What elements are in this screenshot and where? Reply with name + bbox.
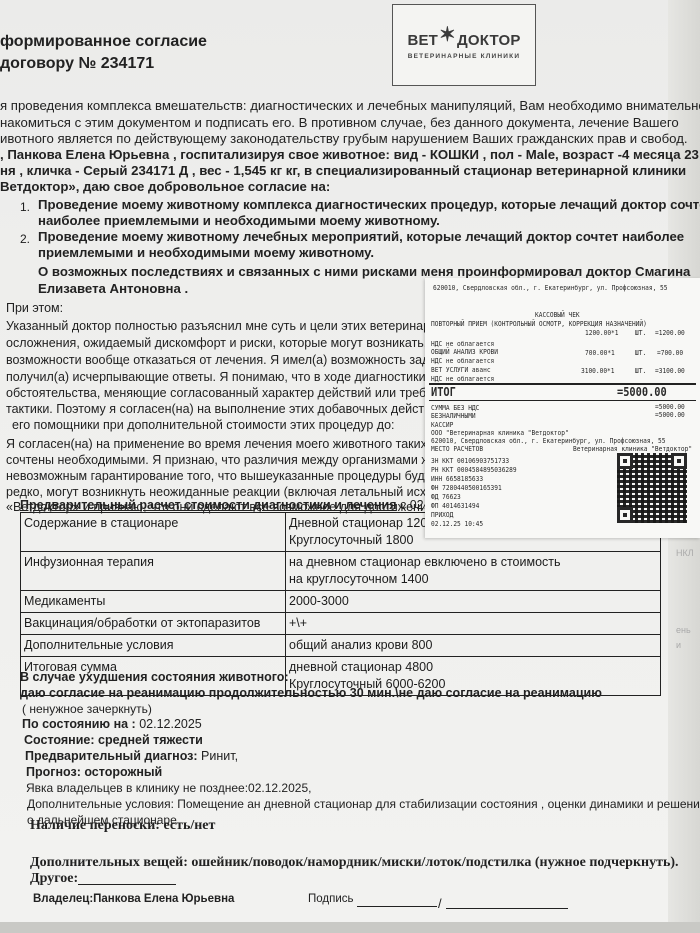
logo-brand-right: ДОКТОР bbox=[457, 32, 521, 49]
item-cell: Дополнительные условия bbox=[21, 635, 286, 657]
body-line: невозможным гарантирование того, что выш… bbox=[6, 469, 468, 483]
item-cell: Вакцинация/обработки от эктопаразитов bbox=[21, 613, 286, 635]
receipt-service: ПОВТОРНЫЙ ПРИЕМ (КОНТРОЛЬНЫЙ ОСМОТР, КОР… bbox=[431, 319, 647, 328]
body-line: обстоятельства, меняющие согласованный х… bbox=[6, 386, 466, 400]
star-icon: ✶ bbox=[439, 25, 456, 45]
owner-name: Владелец:Панкова Елена Юрьевна bbox=[33, 893, 234, 905]
contract-number: договору № 234171 bbox=[0, 55, 154, 73]
body-line: Указанный доктор полностью разъяснил мне… bbox=[6, 319, 469, 333]
value-cell: 2000-3000 bbox=[286, 591, 661, 613]
table-row: Инфузионная терапия на дневном стационар… bbox=[21, 552, 661, 591]
risks-text: О возможных последствиях и связанных с н… bbox=[38, 264, 690, 279]
patient-info-line: ня , кличка - Серый 234171 Д , вес - 1,5… bbox=[0, 163, 686, 178]
body-line: возможности вообще отказаться от лечения… bbox=[6, 353, 462, 367]
receipt-service: ОБЩИЙ АНАЛИЗ КРОВИ bbox=[431, 347, 498, 356]
cost-estimate-table: Содержание в стационаре Дневной стациона… bbox=[20, 512, 661, 696]
receipt-total-label: ИТОГ bbox=[431, 385, 456, 399]
qr-code-icon bbox=[617, 453, 687, 523]
receipt-address: 620010, Свердловская обл., г. Екатеринбу… bbox=[433, 283, 667, 292]
reanimation-consent: даю согласие на реанимацию продолжительн… bbox=[20, 686, 602, 700]
list-number: 1. bbox=[20, 200, 30, 214]
vetdoctor-logo: ВЕТ ✶ ДОКТОР ВЕТЕРИНАРНЫЕ КЛИНИКИ bbox=[392, 4, 536, 86]
receipt-datetime: 02.12.25 10:45 bbox=[431, 519, 483, 528]
patient-info-line: , Панкова Елена Юрьевна , госпитализируя… bbox=[0, 147, 699, 162]
consent-item: Проведение моему животному комплекса диа… bbox=[38, 197, 700, 212]
body-line: тактики. Поэтому я согласен(на) на выпол… bbox=[6, 402, 470, 416]
logo-brand-left: ВЕТ bbox=[407, 32, 438, 49]
body-line: сочтены необходимыми. Я признаю, что раз… bbox=[6, 453, 471, 467]
cash-receipt: 620010, Свердловская обл., г. Екатеринбу… bbox=[425, 278, 700, 538]
signature-separator: / bbox=[438, 896, 442, 911]
doctor-name: Елизавета Антоновна . bbox=[38, 281, 188, 296]
logo-subtitle: ВЕТЕРИНАРНЫЕ КЛИНИКИ bbox=[408, 53, 520, 60]
consent-item: Проведение моему животному лечебных меро… bbox=[38, 229, 684, 244]
item-cell: Содержание в стационаре bbox=[21, 513, 286, 552]
consent-item: наиболее приемлемыми и необходимыми моем… bbox=[38, 213, 440, 228]
carrier-availability: Наличие переноски: есть/нет bbox=[30, 818, 215, 834]
body-line: получил(а) исчерпывающие ответы. Я поним… bbox=[6, 370, 470, 384]
intro-line: накомиться с этим документом и подписать… bbox=[0, 115, 679, 130]
value-cell: общий анализ крови 800 bbox=[286, 635, 661, 657]
list-number: 2. bbox=[20, 232, 30, 246]
intro-line: я проведения комплекса вмешательств: диа… bbox=[0, 98, 700, 113]
estimate-title-text: Предварительный расчет стоимости диагнос… bbox=[20, 498, 397, 512]
other-label: Другое: bbox=[30, 871, 78, 887]
consent-item: приемлемыми и необходимыми моему животно… bbox=[38, 245, 374, 260]
strike-note: ( ненужное зачеркнуть) bbox=[22, 702, 152, 716]
document-title: формированное согласие bbox=[0, 33, 207, 51]
table-row: Медикаменты 2000-3000 bbox=[21, 591, 661, 613]
condition-heading: В случае ухудшения состояния животного: bbox=[20, 670, 289, 684]
diagnosis: Предварительный диагноз: Ринит, bbox=[25, 749, 238, 763]
other-field[interactable] bbox=[78, 884, 176, 885]
visit-deadline: Явка владельцев в клинику не позднее:02.… bbox=[26, 781, 311, 795]
receipt-total-value: =5000.00 bbox=[617, 385, 667, 399]
intro-line: ивотного является по действующему законо… bbox=[0, 131, 688, 146]
condition-state: Состояние: средней тяжести bbox=[24, 733, 203, 747]
estimate-title: Предварительный расчет стоимости диагнос… bbox=[20, 498, 472, 512]
receipt-service: ВЕТ УСЛУГИ аванс bbox=[431, 365, 491, 374]
body-line: Я согласен(на) на применение во время ле… bbox=[6, 437, 470, 451]
value-cell: +\+ bbox=[286, 613, 661, 635]
body-line: его помощники при дополнительной стоимос… bbox=[12, 418, 395, 432]
additional-items: Дополнительных вещей: ошейник/поводок/на… bbox=[30, 855, 679, 871]
item-cell: Медикаменты bbox=[21, 591, 286, 613]
body-line: редко, могут возникнуть неожиданные реак… bbox=[6, 485, 460, 499]
signature-label: Подпись bbox=[308, 893, 354, 905]
section-heading: При этом: bbox=[6, 301, 63, 315]
extra-conditions: Дополнительные условия: Помещение ан дне… bbox=[27, 797, 700, 811]
prognosis: Прогноз: осторожный bbox=[26, 765, 162, 779]
body-line: осложнения, ожидаемый дискомфорт и риски… bbox=[6, 336, 468, 350]
table-row: Дополнительные условия общий анализ кров… bbox=[21, 635, 661, 657]
value-cell: на дневном стационар евключено в стоимос… bbox=[286, 552, 661, 591]
signature-transcript-field[interactable] bbox=[446, 908, 568, 909]
signature-field[interactable] bbox=[357, 906, 437, 907]
item-cell: Инфузионная терапия bbox=[21, 552, 286, 591]
table-row: Вакцинация/обработки от эктопаразитов +\… bbox=[21, 613, 661, 635]
as-of-date: По состоянию на : 02.12.2025 bbox=[22, 717, 202, 731]
page-shadow bbox=[0, 922, 700, 933]
receipt-title: КАССОВЫЙ ЧЕК bbox=[535, 310, 580, 319]
consent-lead: Ветдоктор», даю свое добровольное соглас… bbox=[0, 179, 330, 194]
